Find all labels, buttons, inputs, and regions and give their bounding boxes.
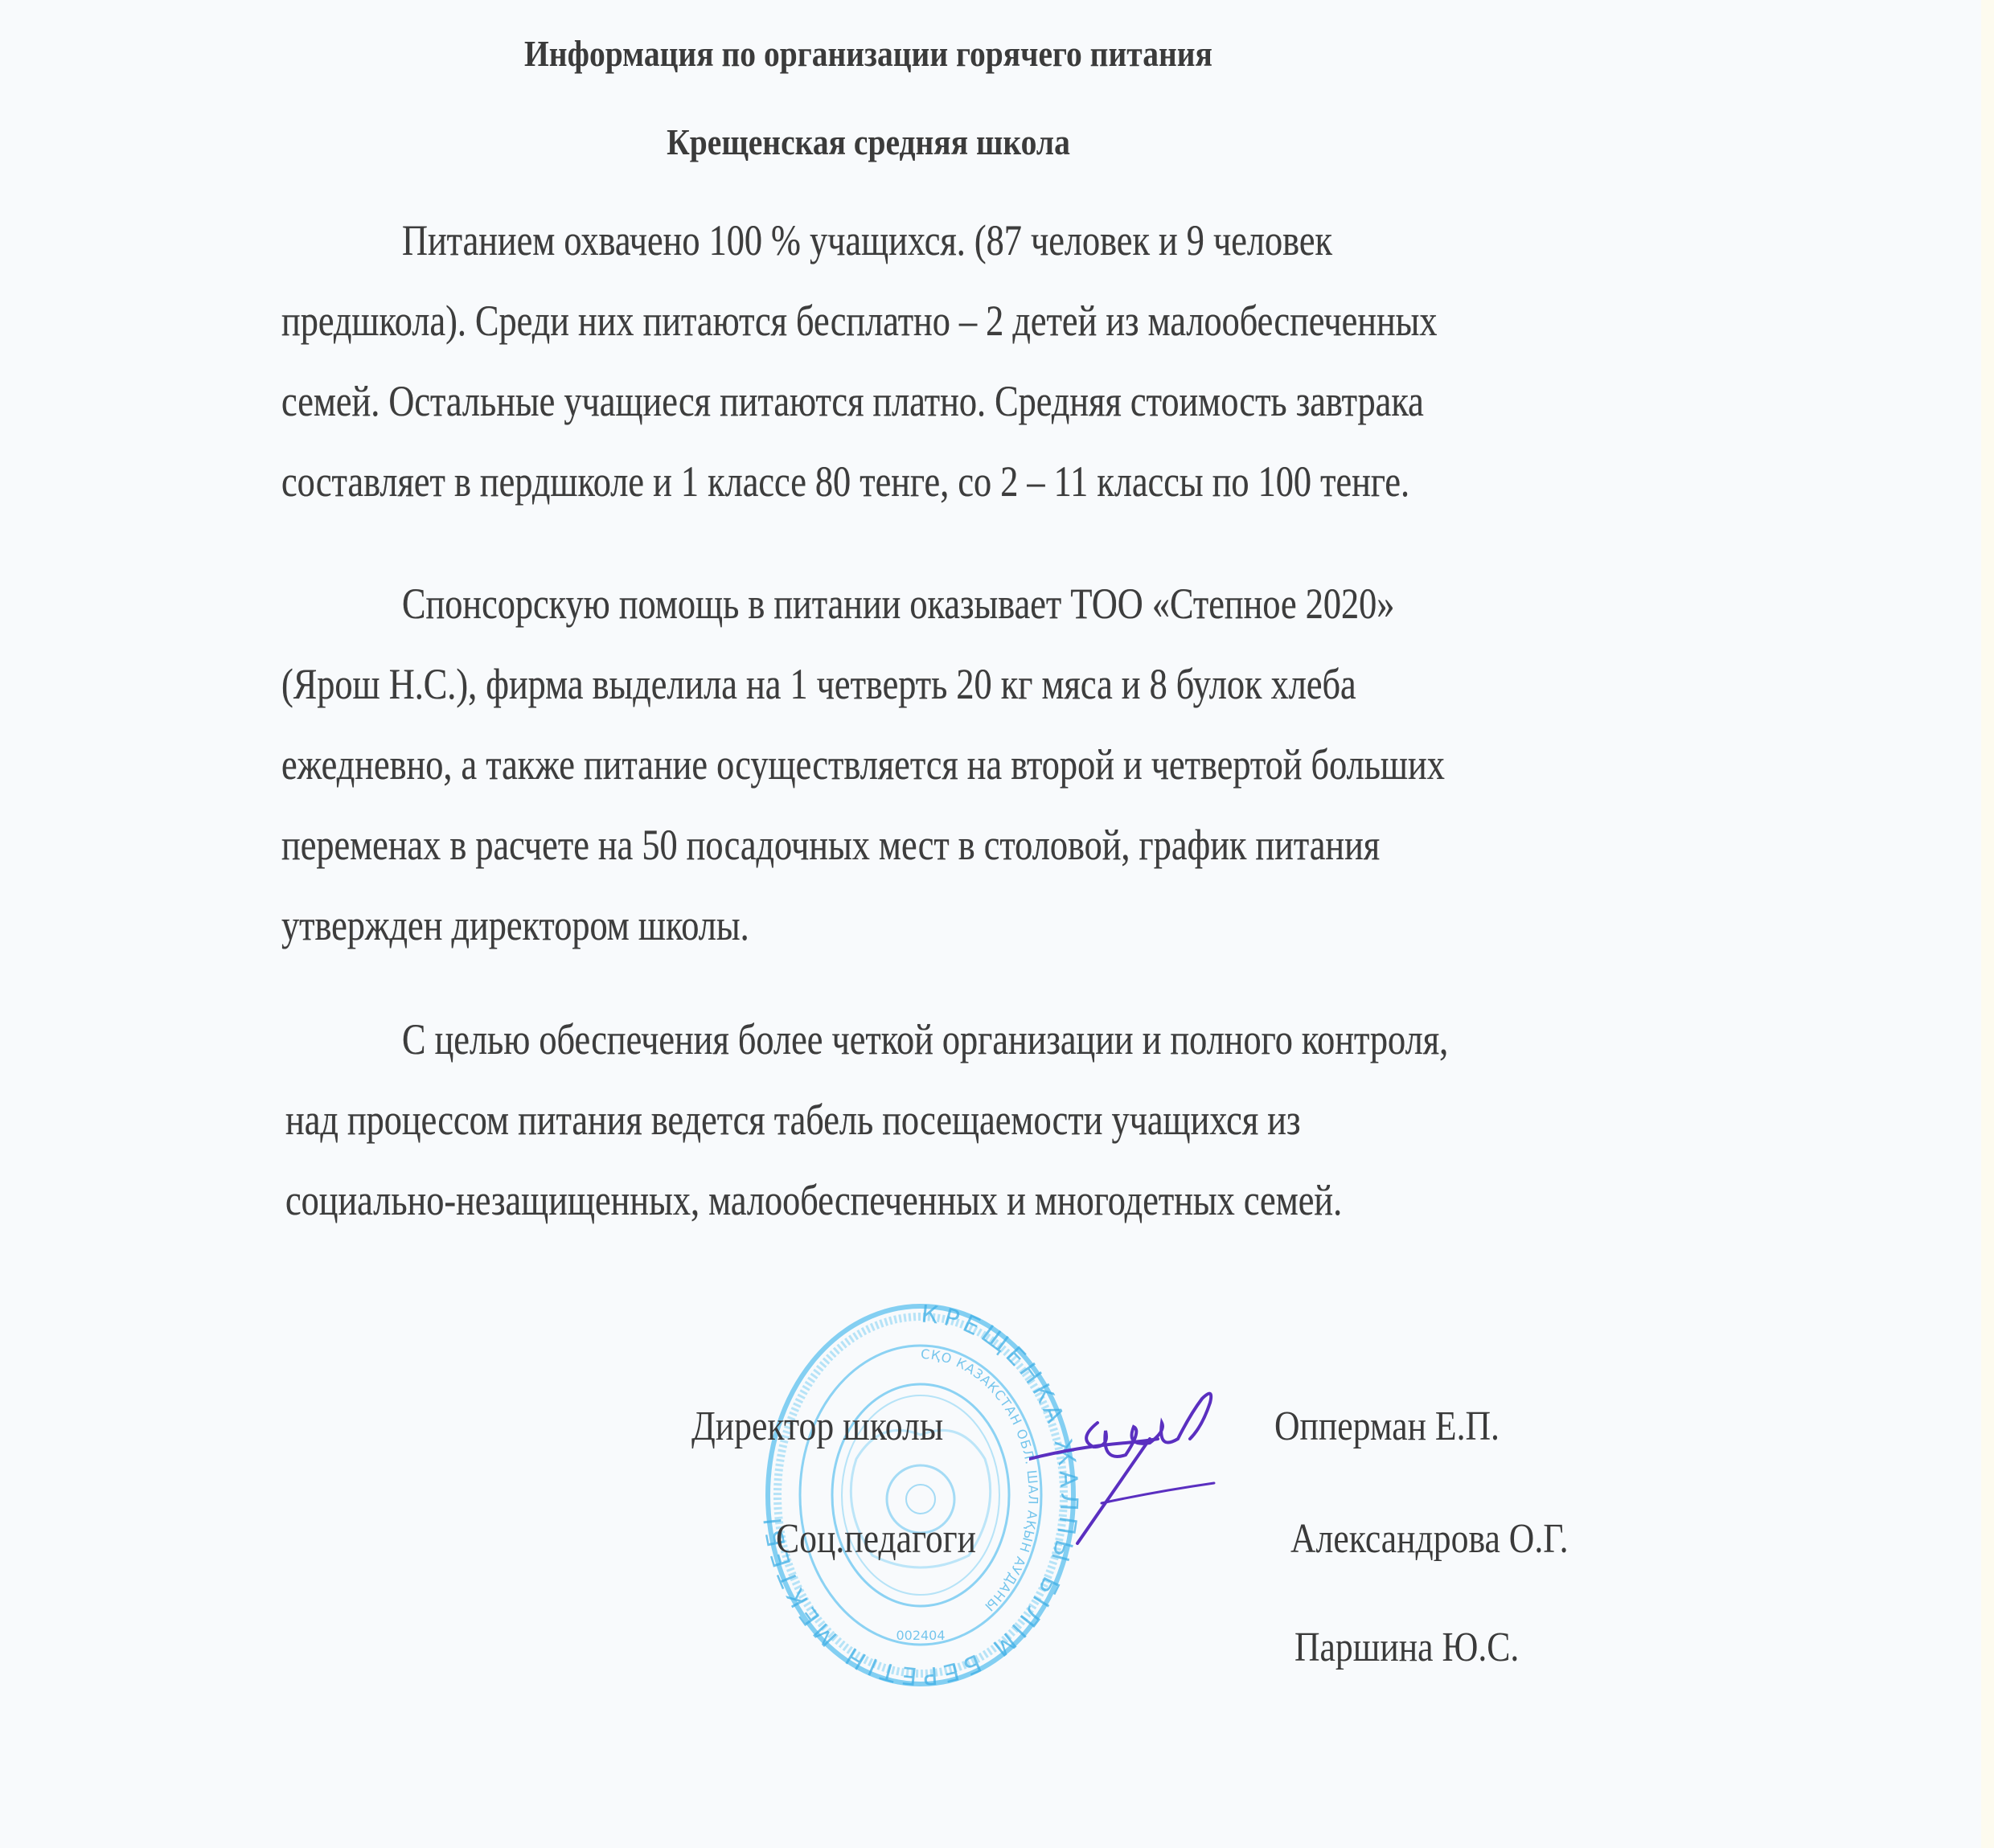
social-pedagogues-role: Соц.педагоги: [776, 1515, 976, 1563]
document-title: Информация по организации горячего питан…: [121, 32, 1615, 75]
paragraph-3-line-3: социально-незащищенных, малообеспеченных…: [285, 1175, 1342, 1225]
paragraph-2-line-2: (Ярош Н.С.), фирма выделила на 1 четверт…: [281, 659, 1356, 709]
paragraph-1-line-4: составляет в пердшколе и 1 классе 80 тен…: [281, 457, 1409, 506]
paragraph-2-line-4: переменах в расчете на 50 посадочных мес…: [281, 820, 1380, 870]
paragraph-3-line-2: над процессом питания ведется табель пос…: [285, 1095, 1300, 1145]
social-pedagogue-name-2: Паршина Ю.С.: [1294, 1624, 1519, 1671]
paragraph-1-line-1: Питанием охвачено 100 % учащихся. (87 че…: [402, 215, 1332, 265]
paper-edge: [1981, 0, 1994, 1848]
director-role: Директор школы: [691, 1403, 943, 1450]
paragraph-1-line-3: семей. Остальные учащиеся питаются платн…: [281, 376, 1424, 426]
director-signature-icon: [1029, 1383, 1367, 1592]
svg-text:002404: 002404: [896, 1628, 945, 1643]
school-name: Крещенская средняя школа: [121, 121, 1615, 163]
paragraph-2-line-5: утвержден директором школы.: [281, 900, 749, 950]
paragraph-1-line-2: предшкола). Среди них питаются бесплатно…: [281, 296, 1438, 346]
paragraph-2-line-3: ежедневно, а также питание осуществляетс…: [281, 740, 1445, 789]
paragraph-3-line-1: С целью обеспечения более четкой организ…: [402, 1014, 1448, 1064]
paragraph-2-line-1: Спонсорскую помощь в питании оказывает Т…: [402, 579, 1394, 629]
